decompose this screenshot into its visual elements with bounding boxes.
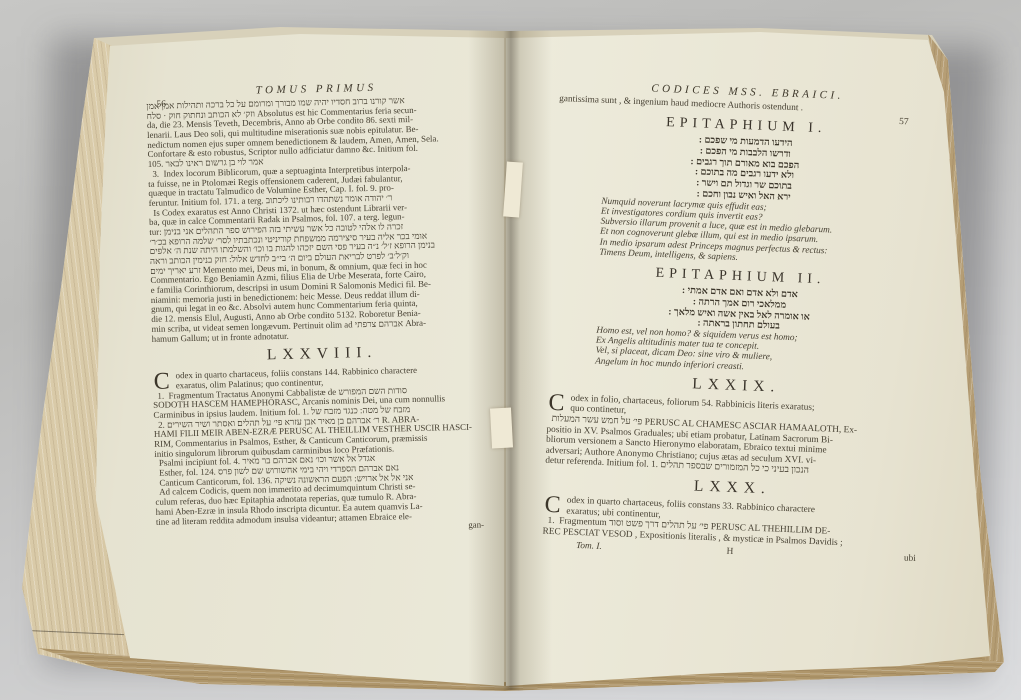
right-catchword: ubi xyxy=(904,554,916,564)
right-page-number: 57 xyxy=(899,115,909,129)
left-body-text: אשר קורנו ברוב חסדיו יהיה שמו מבורך ומרו… xyxy=(146,94,491,344)
section-lxxviii-text: odex in quarto chartaceus, foliis consta… xyxy=(152,364,495,527)
drop-cap-lxxix: C xyxy=(548,393,565,415)
open-book: TOMUS PRIMUS 56 אשר קורנו ברוב חסדיו יהי… xyxy=(0,0,1021,700)
left-page: TOMUS PRIMUS 56 אשר קורנו ברוב חסדיו יהי… xyxy=(146,78,496,537)
section-heading-lxxviii: LXXVIII. xyxy=(152,341,492,367)
section-lxxviii: C odex in quarto chartaceus, foliis cons… xyxy=(152,364,495,527)
drop-cap-lxxviii: C xyxy=(153,372,169,393)
photo-scene: TOMUS PRIMUS 56 אשר קורנו ברוב חסדיו יהי… xyxy=(0,0,1021,700)
drop-cap-lxxx: C xyxy=(544,495,561,517)
section-lxxix-text: odex in folio, chartaceus, foliorum 54. … xyxy=(545,393,924,482)
epitaph-1-latin: Numquid noverunt lacrymæ quis effudit ea… xyxy=(553,195,931,271)
left-page-number: 56 xyxy=(156,98,166,112)
right-page: CODICES MSS. EBRAICI. 57 gantissima sunt… xyxy=(542,78,936,567)
section-lxxix: C odex in folio, chartaceus, foliorum 54… xyxy=(545,393,924,482)
left-running-head-title: TOMUS PRIMUS xyxy=(256,82,377,97)
